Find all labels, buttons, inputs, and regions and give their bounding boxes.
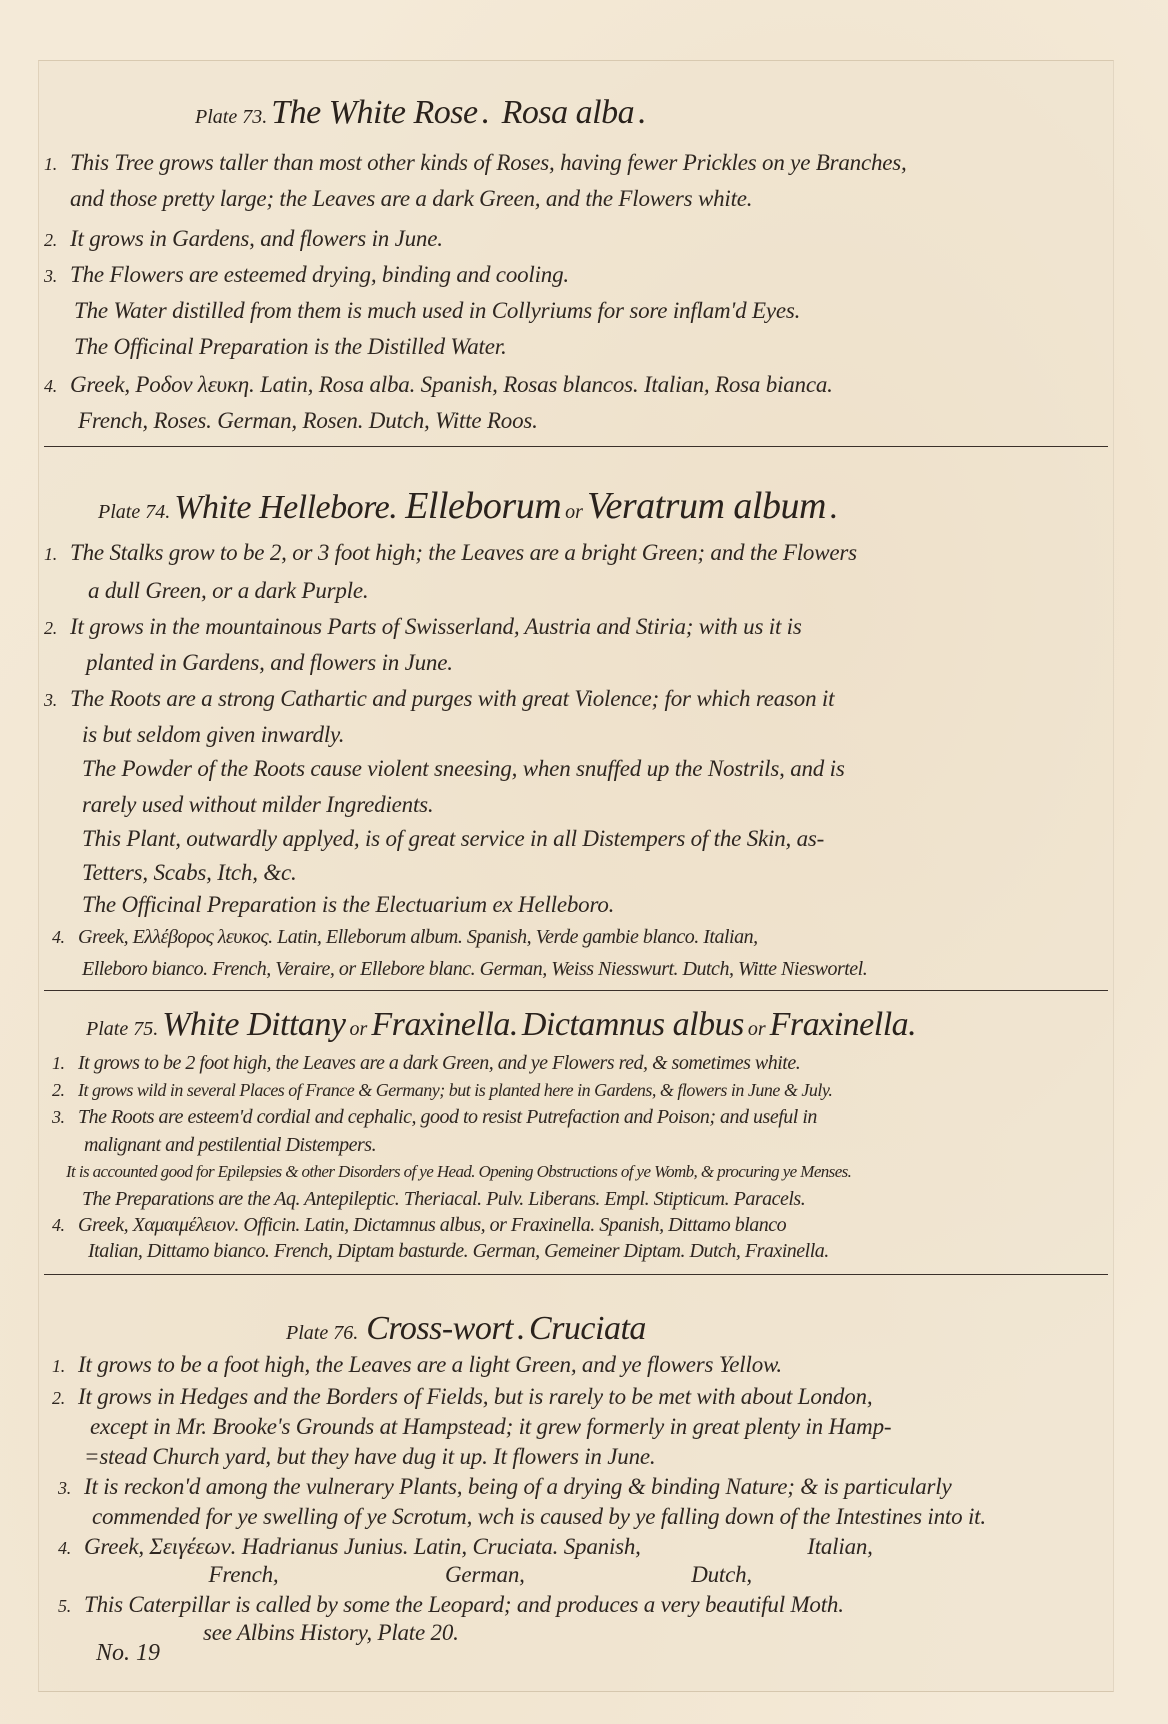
page-number: No. 19: [96, 1640, 160, 1667]
section-divider: [44, 446, 1108, 447]
text-line: 3.The Roots are a strong Cathartic and p…: [44, 686, 834, 712]
text-line: French, German, Dutch,: [92, 1562, 752, 1588]
text-line: The Water distilled from them is much us…: [74, 298, 800, 324]
engraved-page: Plate 73. The White Rose . Rosa alba . 1…: [0, 0, 1168, 1724]
common-name: White Dittany: [162, 1006, 345, 1043]
text-line: 3.The Roots are esteem'd cordial and cep…: [52, 1106, 817, 1129]
text-line: malignant and pestilential Distempers.: [84, 1134, 376, 1157]
text-line: a dull Green, or a dark Purple.: [88, 578, 368, 604]
title-separator: .: [482, 94, 490, 131]
text-line: 1.It grows to be 2 foot high, the Leaves…: [52, 1052, 800, 1075]
text-line: It is accounted good for Epilepsies & ot…: [66, 1162, 851, 1182]
text-line: 4.Greek, Ελλέβορος λευκος. Latin, Ellebo…: [52, 926, 758, 949]
text-line: 4.Greek, Χαμαιμέλειον. Officin. Latin, D…: [52, 1214, 786, 1237]
text-line: is but seldom given inwardly.: [82, 722, 344, 748]
text-line: 4.Greek, Σειγέεων. Hadrianus Junius. Lat…: [58, 1534, 873, 1560]
plate-number: Plate 73.: [195, 106, 267, 128]
text-line: planted in Gardens, and flowers in June.: [86, 650, 453, 676]
latin-name: Dictamnus albus: [522, 1006, 744, 1043]
text-line: 2.It grows in the mountainous Parts of S…: [44, 614, 802, 640]
text-line: 4.Greek, Ροδον λευκη. Latin, Rosa alba. …: [44, 372, 833, 398]
section-divider: [44, 1274, 1108, 1275]
text-line: 2.It grows in Hedges and the Borders of …: [52, 1384, 872, 1410]
text-line: 1.This Tree grows taller than most other…: [44, 150, 907, 176]
text-line: 2.It grows in Gardens, and flowers in Ju…: [44, 226, 443, 252]
text-line: and those pretty large; the Leaves are a…: [70, 186, 752, 212]
text-line: The Officinal Preparation is the Electua…: [82, 892, 614, 918]
text-line: Tetters, Scabs, Itch, &c.: [82, 860, 297, 886]
latin-name: Rosa alba: [502, 94, 634, 131]
text-line: 1.It grows to be a foot high, the Leaves…: [52, 1352, 782, 1378]
plate-number: Plate 75.: [86, 1018, 158, 1040]
text-line: The Officinal Preparation is the Distill…: [74, 334, 507, 360]
latin-name: Elleborum: [405, 485, 561, 527]
text-line: rarely used without milder Ingredients.: [82, 792, 433, 818]
text-line: except in Mr. Brooke's Grounds at Hampst…: [90, 1414, 891, 1440]
text-line: 2.It grows wild in several Places of Fra…: [52, 1080, 832, 1101]
plate-73-heading: Plate 73. The White Rose . Rosa alba .: [195, 94, 646, 132]
text-line: Italian, Dittamo bianco. French, Diptam …: [88, 1240, 829, 1263]
text-line: 3.The Flowers are esteemed drying, bindi…: [44, 262, 569, 288]
latin-name: Cruciata: [529, 1310, 646, 1347]
text-line: 3.It is reckon'd among the vulnerary Pla…: [58, 1474, 952, 1500]
latin-name-alt: Veratrum album: [587, 485, 826, 527]
text-line: =stead Church yard, but they have dug it…: [84, 1444, 655, 1470]
text-line: The Preparations are the Aq. Antepilepti…: [82, 1188, 805, 1211]
text-line: Elleboro bianco. French, Veraire, or Ell…: [82, 958, 867, 981]
plate-number: Plate 74.: [98, 501, 170, 523]
text-line: This Plant, outwardly applyed, is of gre…: [82, 826, 824, 852]
latin-name-alt: Fraxinella.: [770, 1006, 917, 1043]
common-name: White Hellebore: [174, 489, 389, 526]
common-name: Cross-wort: [366, 1310, 513, 1347]
text-line: French, Roses. German, Rosen. Dutch, Wit…: [78, 408, 538, 434]
plate-75-heading: Plate 75. White Dittany or Fraxinella. D…: [86, 1006, 916, 1044]
text-line: commended for ye swelling of ye Scrotum,…: [92, 1504, 986, 1530]
text-line: 1.The Stalks grow to be 2, or 3 foot hig…: [44, 540, 857, 566]
common-name: The White Rose: [271, 94, 477, 131]
text-line: The Powder of the Roots cause violent sn…: [82, 756, 845, 782]
plate-74-heading: Plate 74. White Hellebore. Elleborum or …: [98, 484, 838, 528]
text-line: 5.This Caterpillar is called by some the…: [58, 1592, 844, 1618]
section-divider: [44, 990, 1108, 991]
plate-76-heading: Plate 76. Cross-wort . Cruciata: [286, 1310, 646, 1348]
alt-common-name: Fraxinella.: [371, 1006, 518, 1043]
plate-number: Plate 76.: [286, 1322, 358, 1344]
